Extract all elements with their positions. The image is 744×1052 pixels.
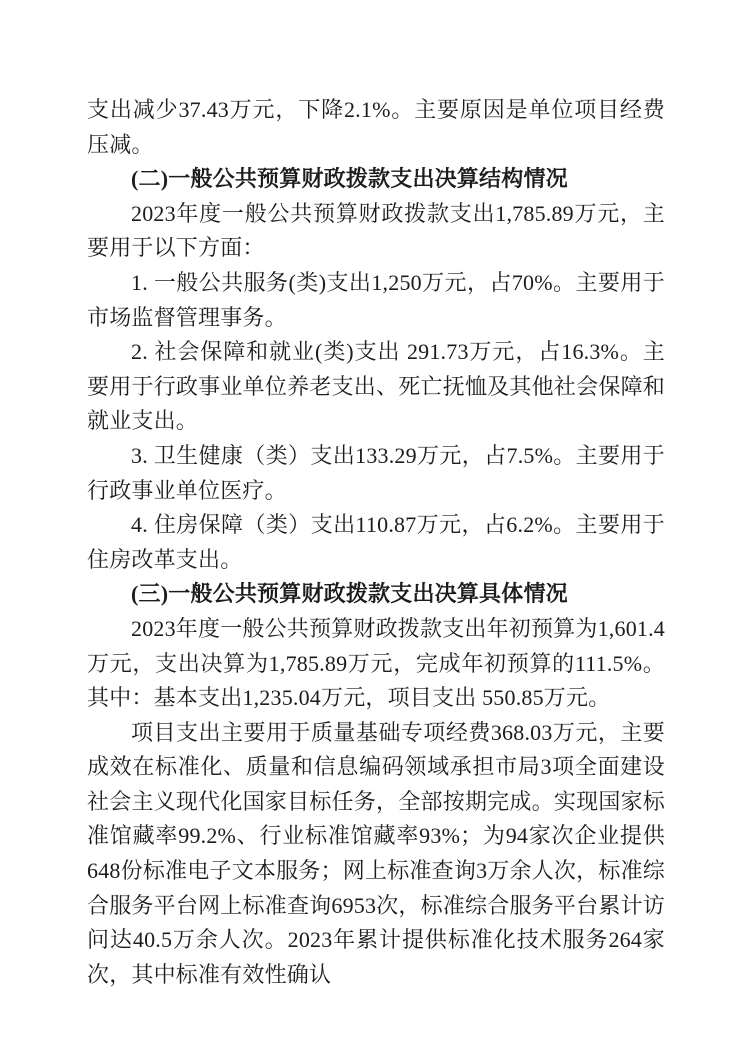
list-item-2: 2. 社会保障和就业(类)支出 291.73万元，占16.3%。主要用于行政事业… xyxy=(87,335,665,439)
section-heading-3: (三)一般公共预算财政拨款支出决算具体情况 xyxy=(87,577,665,612)
document-body: 支出减少37.43万元，下降2.1%。主要原因是单位项目经费压减。 (二)一般公… xyxy=(87,93,665,992)
list-item-1: 1. 一般公共服务(类)支出1,250万元，占70%。主要用于市场监督管理事务。 xyxy=(87,266,665,335)
paragraph-continuation: 支出减少37.43万元，下降2.1%。主要原因是单位项目经费压减。 xyxy=(87,93,665,162)
list-item-4: 4. 住房保障（类）支出110.87万元，占6.2%。主要用于住房改革支出。 xyxy=(87,508,665,577)
paragraph-overview: 2023年度一般公共预算财政拨款支出1,785.89万元，主要用于以下方面： xyxy=(87,197,665,266)
section-heading-2: (二)一般公共预算财政拨款支出决算结构情况 xyxy=(87,162,665,197)
document-page: 支出减少37.43万元，下降2.1%。主要原因是单位项目经费压减。 (二)一般公… xyxy=(0,0,744,1052)
paragraph-details: 2023年度一般公共预算财政拨款支出年初预算为1,601.4万元，支出决算为1,… xyxy=(87,612,665,716)
paragraph-project-expenditure: 项目支出主要用于质量基础专项经费368.03万元，主要成效在标准化、质量和信息编… xyxy=(87,716,665,993)
list-item-3: 3. 卫生健康（类）支出133.29万元，占7.5%。主要用于行政事业单位医疗。 xyxy=(87,439,665,508)
